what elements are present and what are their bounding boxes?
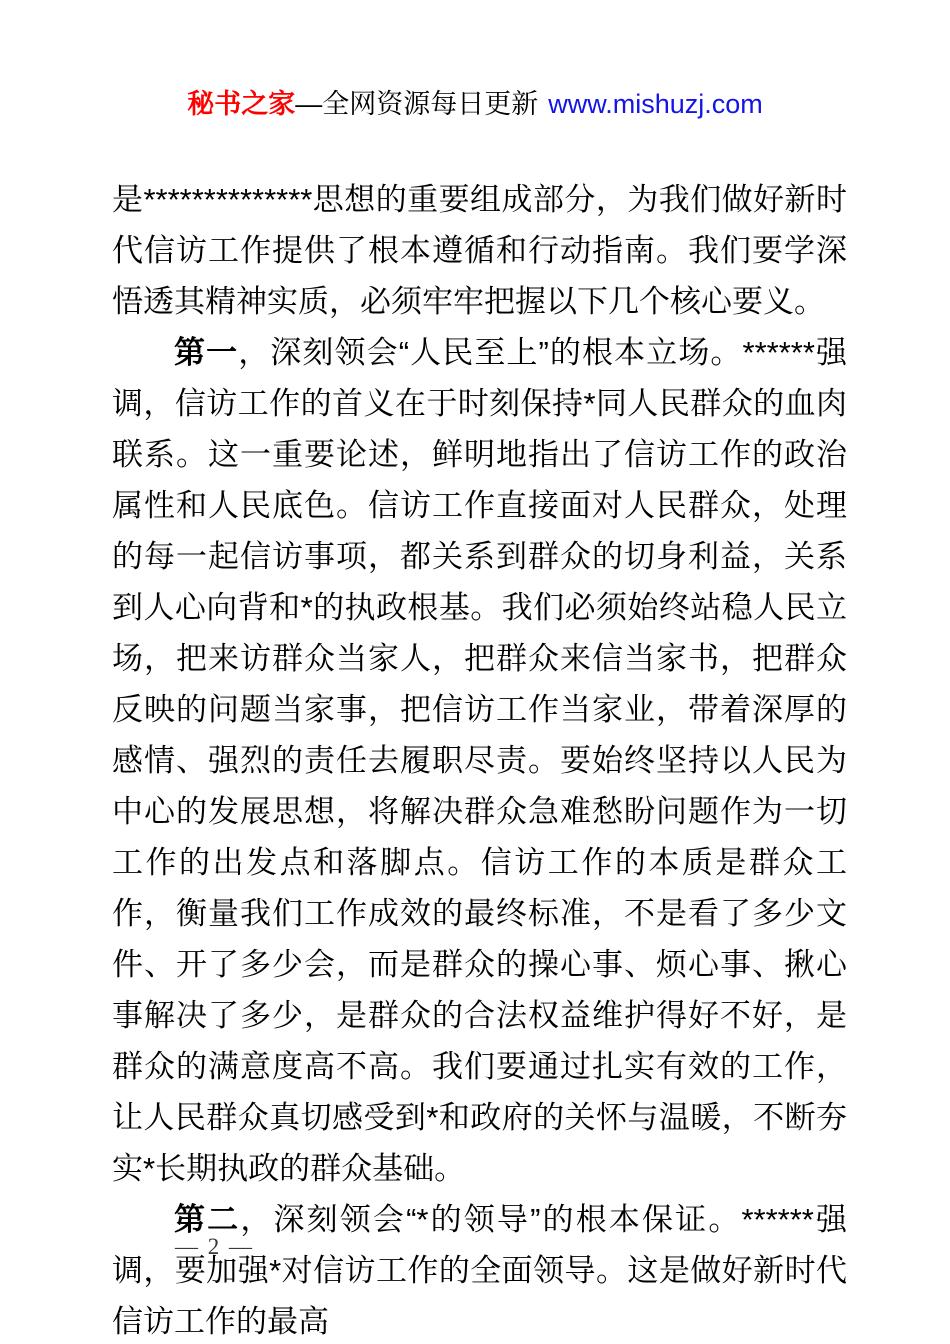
document-body: 是**************思想的重要组成部分，为我们做好新时代信访工作提供了… [112, 174, 847, 1344]
paragraph-1-text: 是**************思想的重要组成部分，为我们做好新时代信访工作提供了… [112, 182, 847, 319]
paragraph-2: 第一，深刻领会“人民至上”的根本立场。******强调，信访工作的首义在于时刻保… [112, 327, 847, 1194]
site-name: 秘书之家 [187, 89, 295, 119]
header-separator: — [295, 89, 322, 119]
paragraph-3-lead: 第二 [174, 1202, 240, 1237]
header-tagline: 全网资源每日更新 [322, 89, 538, 119]
paragraph-3: 第二，深刻领会“*的领导”的根本保证。******强调，要加强*对信访工作的全面… [112, 1194, 847, 1344]
paragraph-2-text: ，深刻领会“人民至上”的根本立场。******强调，信访工作的首义在于时刻保持*… [112, 335, 847, 1186]
paragraph-2-lead: 第一 [174, 335, 238, 370]
page-number: — 2 — [175, 1234, 254, 1260]
paragraph-1: 是**************思想的重要组成部分，为我们做好新时代信访工作提供了… [112, 174, 847, 327]
site-url-link[interactable]: www.mishuzj.com [548, 89, 763, 119]
site-header: 秘书之家—全网资源每日更新www.mishuzj.com [0, 88, 950, 120]
